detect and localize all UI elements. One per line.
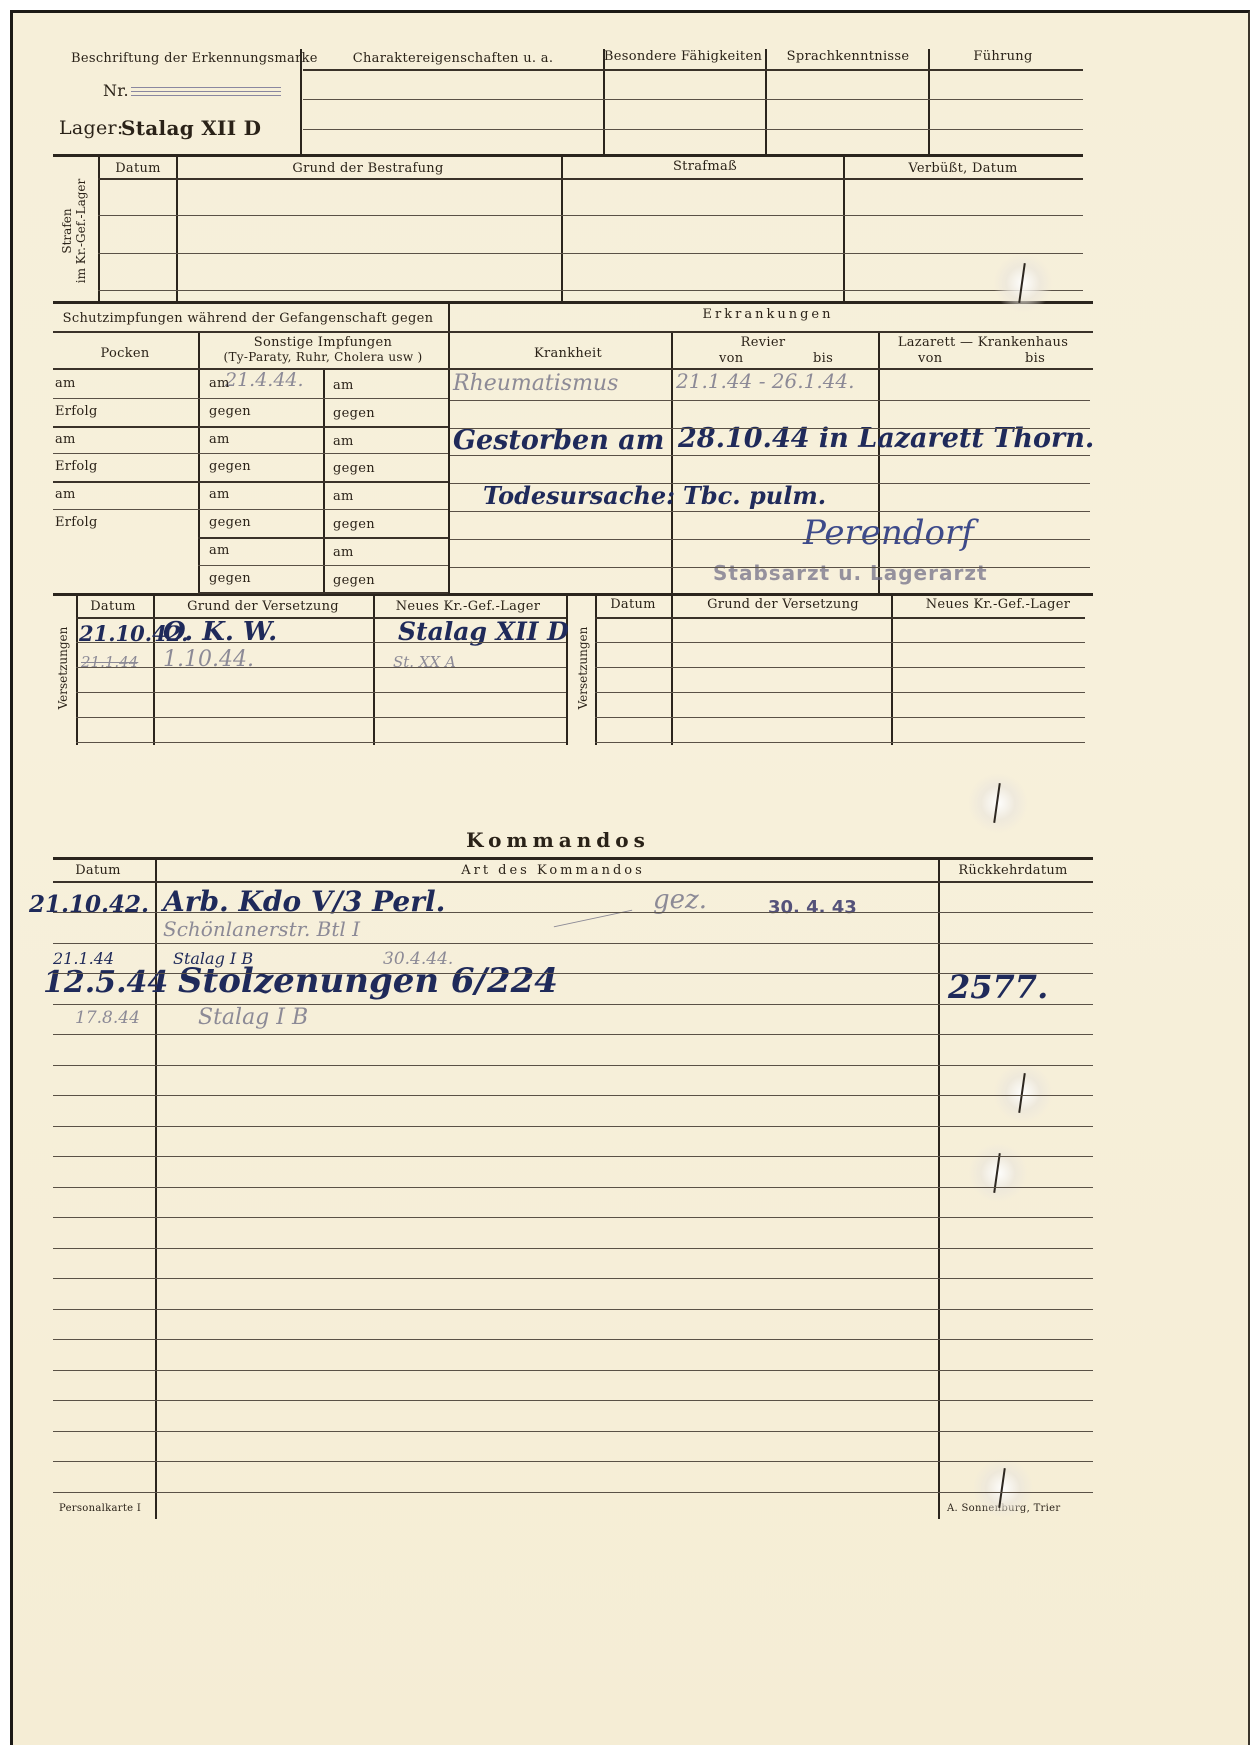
divider [878,333,880,593]
vers-col-grund: Grund der Versetzung [187,599,339,614]
divider [938,859,940,1519]
col-charakter: Charaktereigenschaften u. a. [353,51,554,66]
rule [450,483,1090,484]
sonstige-row-label-a: gegen [209,459,251,474]
doctor-signature: Perendorf [803,513,974,553]
rule [53,881,1093,883]
rule [595,667,1085,668]
rule [595,692,1085,693]
strafen-label-1: Strafen [60,208,74,253]
death-line-1a: Gestorben am [453,425,664,456]
rule [53,1248,1093,1249]
section-rule [53,154,1083,157]
rule [595,642,1085,643]
rule [53,426,448,428]
divider [155,859,157,1519]
doctor-stamp: Stabsarzt u. Lagerarzt [713,561,988,585]
komm-col-datum: Datum [75,863,121,878]
divider [300,49,302,157]
rule [98,290,1083,291]
rule [450,400,1090,401]
komm-col-art: Art des Kommandos [461,863,645,878]
rule [53,1370,1093,1371]
komm-row5-art: Stalag I B [198,1005,308,1030]
lazarett-von: von [918,351,942,366]
pocken-row-label: Erfolg [55,515,98,530]
komm-row4-art: Stolzenungen 6/224 [178,961,558,1001]
rule [53,1278,1093,1279]
rule [198,537,448,539]
lager-value: Stalag XII D [121,116,261,140]
erkrankungen-title: Erkrankungen [703,307,834,322]
punch-hole [973,1458,1033,1518]
sonstige-row-label-b: gegen [333,406,375,421]
rule [450,567,1090,568]
rule [76,717,566,718]
rule [53,1400,1093,1401]
vers-col-grund-2: Grund der Versetzung [707,597,859,612]
sonstige-row-label-a: am [209,543,230,558]
rule [53,1034,1093,1035]
divider [765,49,767,157]
rule [198,565,448,566]
rule [595,742,1085,743]
rule [53,453,448,454]
sonstige-row-label-b: am [333,489,354,504]
vers-col-datum-2: Datum [610,597,656,612]
komm-row1-stamp-date: 30. 4. 43 [768,897,857,918]
rule [98,215,1083,216]
col-faehigkeiten: Besondere Fähigkeiten [604,49,762,64]
rule [450,539,1090,540]
pocken-row-label: am [55,432,76,447]
rule [53,1461,1093,1462]
rule [53,973,1093,974]
punch-hole [993,1063,1053,1123]
rule [53,1156,1093,1157]
rule [303,99,1083,100]
komm-col-rueckkehr: Rückkehrdatum [958,863,1067,878]
rule [98,178,1083,180]
komm-row1-art: Arb. Kdo V/3 Perl. [163,885,445,918]
divider [198,333,200,593]
vers-row2-datum: 21.1.44 [81,653,138,671]
rule [595,617,1085,619]
rule [53,1431,1093,1432]
komm-row5-datum: 17.8.44 [75,1008,140,1028]
sonstige-row-label-b: am [333,545,354,560]
rule [53,398,448,399]
punch-hole [968,1143,1028,1203]
sonstige-row-label-a: am [209,432,230,447]
sonstige-sub: (Ty-Paraty, Ruhr, Cholera usw ) [223,350,422,364]
rule [198,592,448,594]
komm-row4-datum: 12.5.44 [43,965,168,1000]
sonstige-row-label-b: gegen [333,573,375,588]
revier-bis: bis [813,351,833,366]
divider [603,49,605,157]
sonstige-row-label-b: gegen [333,461,375,476]
rule [76,642,566,643]
rule [53,481,448,483]
punch-hole [993,253,1053,313]
rule [595,717,1085,718]
sonstige-row-label-a: am [209,487,230,502]
divider [671,333,673,593]
vers-col-lager: Neues Kr.-Gef.-Lager [396,599,541,614]
rule [53,1217,1093,1218]
pocken-row-label: Erfolg [55,459,98,474]
rule [53,1095,1093,1096]
col-verbuesst: Verbüßt, Datum [908,161,1017,176]
sonstige-row-label-b: gegen [333,517,375,532]
kommandos-title: Kommandos [466,828,650,852]
pocken-row-label: Erfolg [55,404,98,419]
lazarett-label: Lazarett — Krankenhaus [898,335,1068,350]
sonstige-row-label-b: am [333,434,354,449]
revier-label: Revier [741,335,786,350]
sonstige-row-label-b: am [333,378,354,393]
impfungen-title: Schutzimpfungen während der Gefangenscha… [63,311,434,326]
vers-col-datum: Datum [90,599,136,614]
sonstige-row-label-a: gegen [209,404,251,419]
lager-label: Lager: [59,117,124,139]
col-fuehrung: Führung [973,49,1032,64]
krankheit-entry: Rheumatismus [453,371,618,396]
section-rule [53,857,1093,860]
divider [448,303,450,593]
revier-von: von [719,351,743,366]
pocken-row-label: am [55,487,76,502]
rule [450,428,1090,429]
rule [53,1126,1093,1127]
personal-card-page: Beschriftung der Erkennungsmarke Nr. Lag… [10,10,1250,1745]
rule [303,69,1083,71]
sonstige-label: Sonstige Impfungen [254,335,392,350]
sonstige-row-label-a: gegen [209,515,251,530]
col-sprachkenntnisse: Sprachkenntnisse [787,49,910,64]
nr-label: Nr. [103,81,129,100]
strafen-label-2: im Kr.-Gef.-Lager [74,179,88,284]
footer-left: Personalkarte I [59,1503,141,1514]
rule [53,1065,1093,1066]
death-line-2a: Todesursache: [483,481,675,510]
section-rule [53,301,1093,304]
rule [450,455,1090,456]
krankheit-label: Krankheit [534,346,602,361]
rule [53,509,448,510]
versetzungen-side-label-left: Versetzungen [56,608,70,728]
rule [53,1309,1093,1310]
id-tag-label: Beschriftung der Erkennungsmarke [71,51,318,66]
rule [76,742,566,743]
sonstige-row-label-a: gegen [209,571,251,586]
vers-col-lager-2: Neues Kr.-Gef.-Lager [926,597,1071,612]
vaccination-date: 21.4.44. [225,369,304,391]
rule [53,368,1093,370]
pocken-label: Pocken [100,346,149,361]
revier-entry: 21.1.44 - 26.1.44. [676,369,855,393]
komm-row1-datum: 21.10.42. [29,891,149,918]
col-strafmass: Strafmaß [673,159,737,174]
rule [303,129,1083,130]
rule [53,1004,1093,1005]
komm-row1-note: gez. [653,885,707,915]
rule [53,1492,1093,1493]
rule [76,692,566,693]
rule [53,1187,1093,1188]
rule [450,511,1090,512]
col-datum: Datum [115,161,161,176]
rule [53,331,1093,333]
divider [928,49,930,157]
pocken-row-label: am [55,376,76,391]
vers-row2-grund: 1.10.44. [163,647,254,672]
punch-hole [968,773,1028,833]
rule [98,253,1083,254]
rule [76,667,566,668]
komm-row2-art: Schönlanerstr. Btl I [163,917,360,941]
rule [53,1339,1093,1340]
sonstige-row-label-a: am [209,376,230,391]
vers-row2-lager: St. XX A [393,653,456,671]
strafen-side-label: Strafen im Kr.-Gef.-Lager [60,176,88,286]
versetzungen-side-label-right: Versetzungen [576,608,590,728]
col-grund: Grund der Bestrafung [292,161,443,176]
death-line-2b: Tbc. pulm. [683,481,826,510]
nr-value-struck [131,81,281,103]
rule [53,912,1093,913]
lazarett-bis: bis [1025,351,1045,366]
rule [53,943,1093,944]
